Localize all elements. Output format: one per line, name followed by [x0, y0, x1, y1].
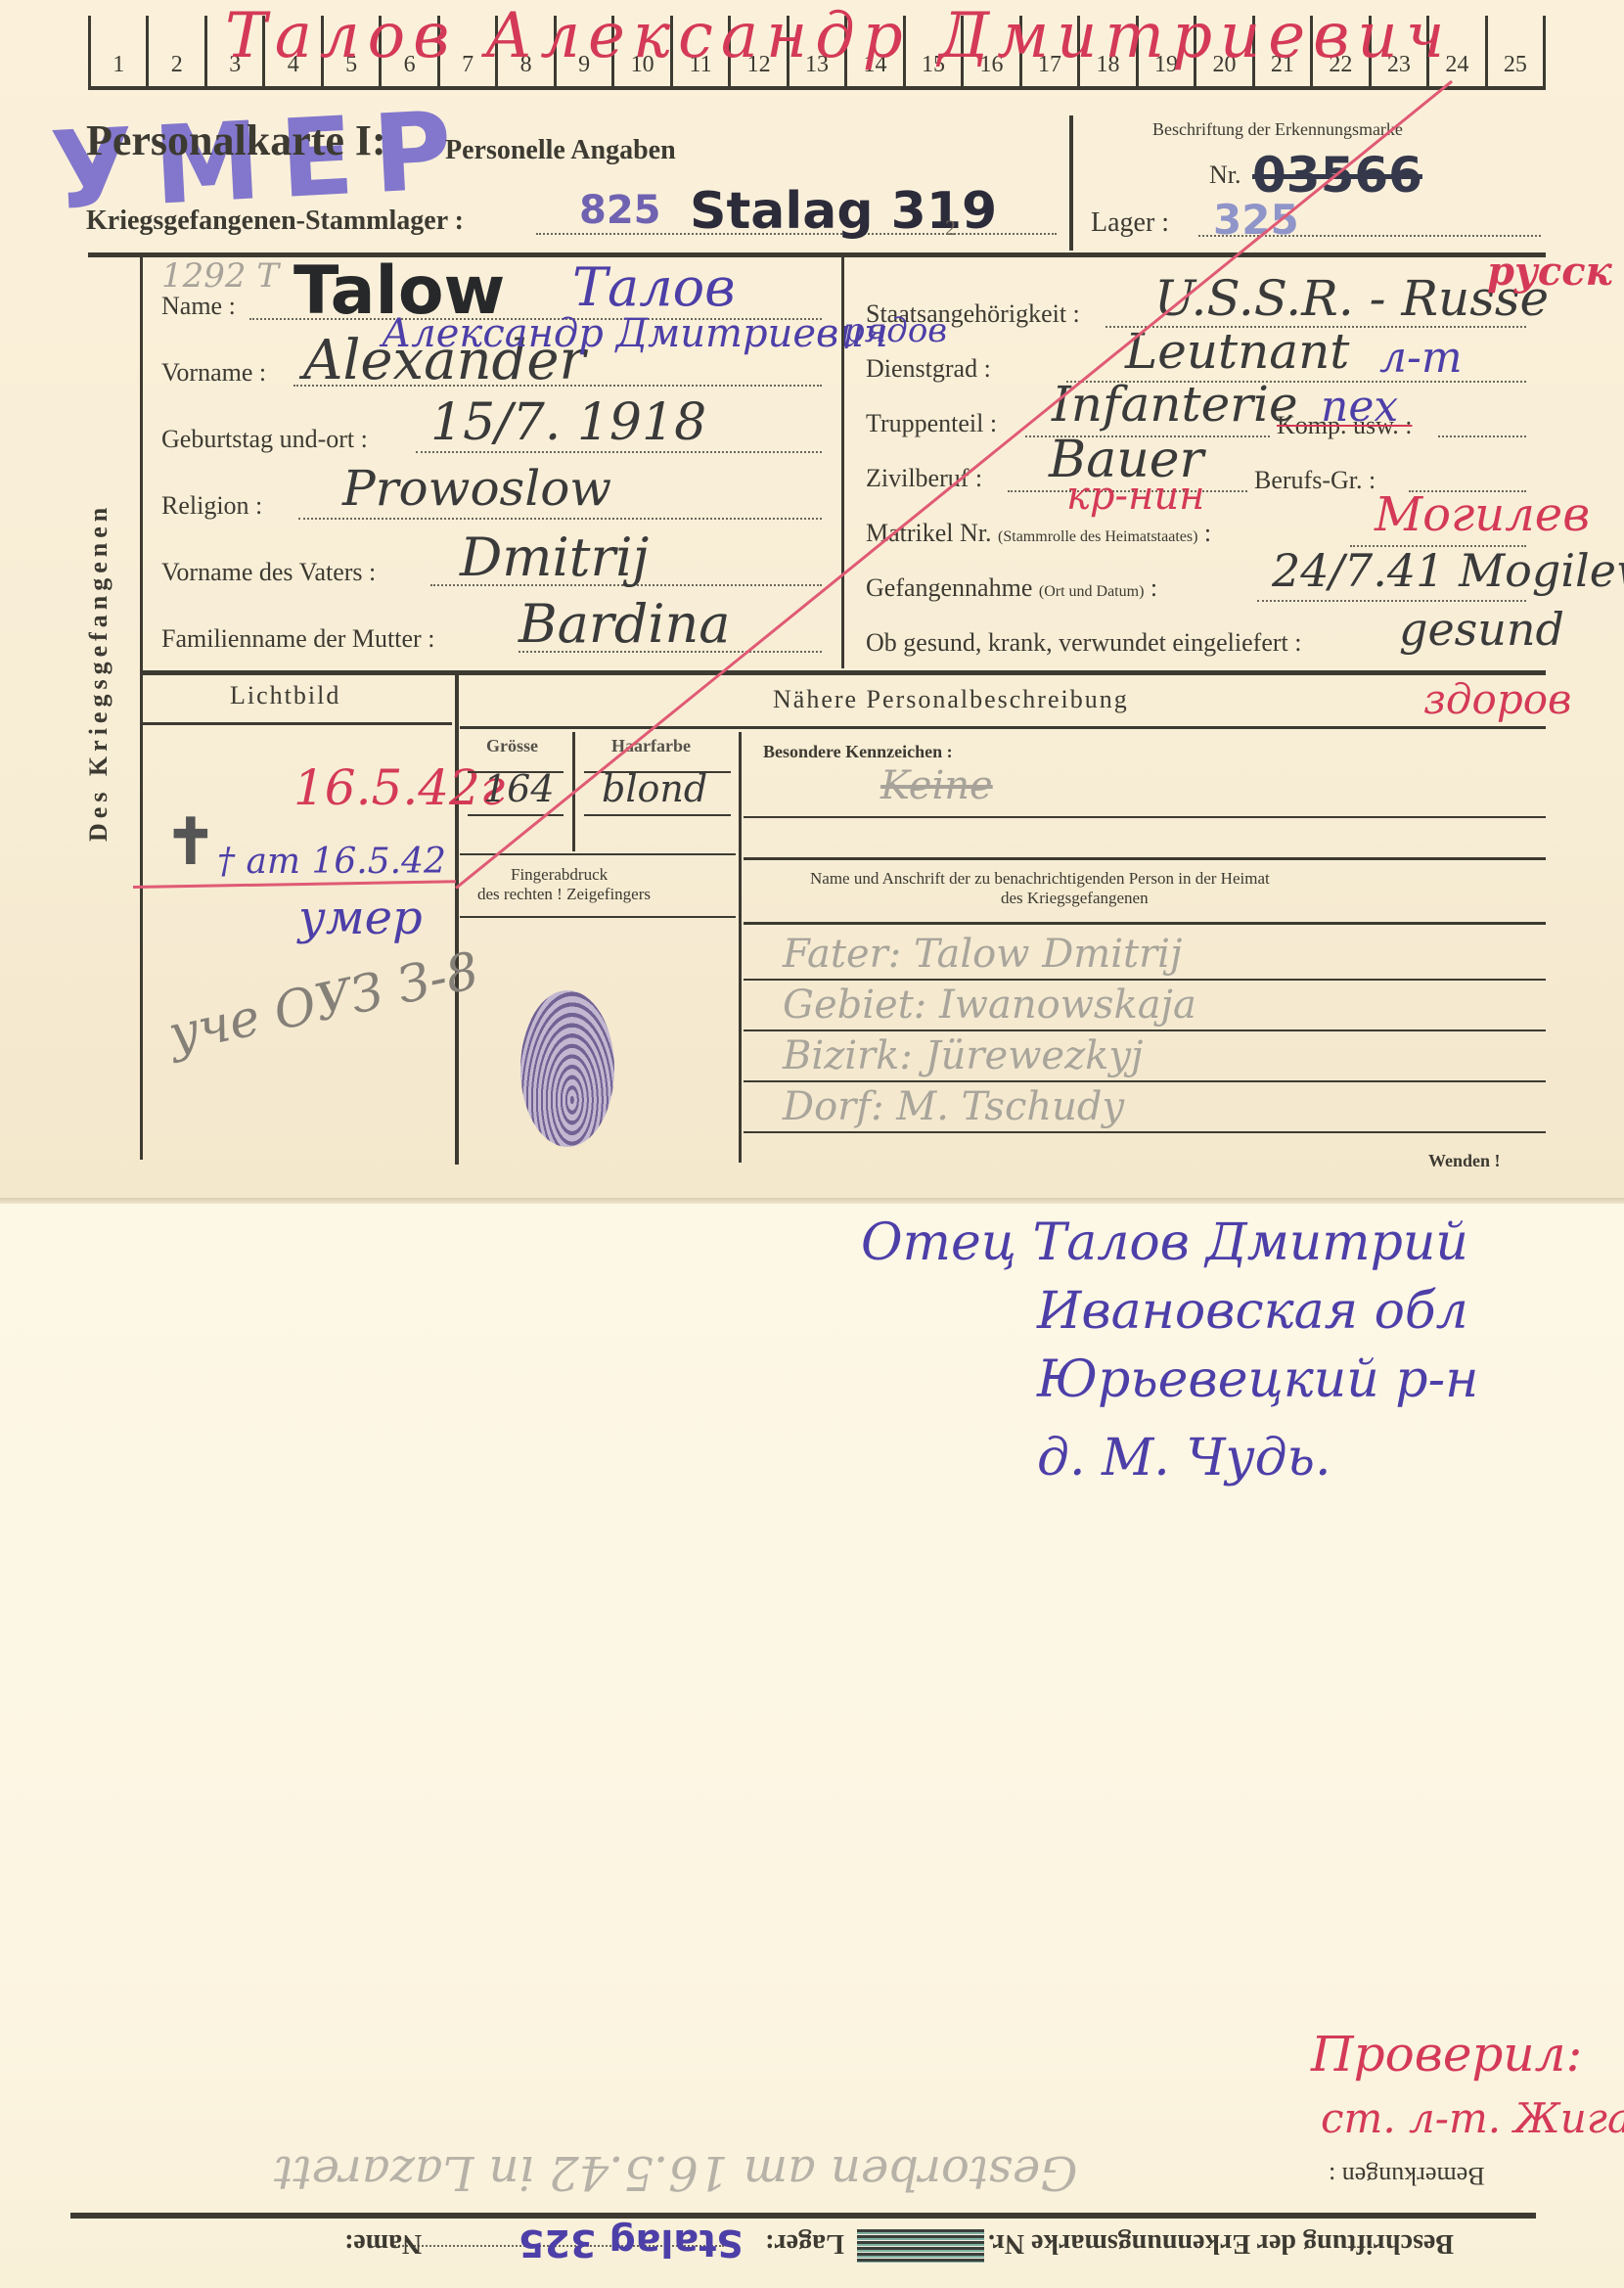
- haar-value: blond: [602, 767, 707, 810]
- cross-icon: ✝: [164, 806, 217, 879]
- wenden-label: Wenden !: [1428, 1151, 1501, 1171]
- stammlager-label: Kriegsgefangenen-Stammlager :: [86, 206, 464, 237]
- dienstgrad-value: Leutnant: [1125, 323, 1349, 380]
- contact-line: Bizirk: Jürewezkyj: [783, 1033, 1143, 1078]
- contact-label-2: des Kriegsgefangenen: [1001, 889, 1149, 908]
- matrikel-russian-right: Могилев: [1375, 487, 1590, 542]
- contact-line: Dorf: M. Tschudy: [783, 1084, 1124, 1129]
- geburt-value: 15/7. 1918: [430, 393, 706, 452]
- photo-label: Lichtbild: [230, 681, 340, 710]
- nr-label: Nr.: [1209, 160, 1241, 190]
- groesse-label: Grösse: [486, 736, 538, 756]
- besondere-label: Besondere Kennzeichen :: [763, 742, 953, 762]
- matrikel-label: Matrikel Nr. (Stammrolle des Heimatstaat…: [866, 519, 1211, 548]
- bemerkungen-value: Gestorben am 16.5.42 in Lazarett: [274, 2145, 1078, 2200]
- mutter-label: Familienname der Mutter :: [161, 624, 434, 654]
- footer-marke-label: Beschriftung der Erkennungsmarke Nr.: [988, 2227, 1454, 2259]
- fold-crease: [0, 1198, 1624, 1204]
- dienstgrad-russian: л-т: [1379, 333, 1463, 383]
- card-subtitle: Personelle Angaben: [445, 135, 676, 166]
- religion-label: Religion :: [161, 491, 262, 521]
- religion-value: Prowoslow: [342, 460, 611, 517]
- finger-label-1: Fingerabdruck: [511, 865, 608, 885]
- gefangen-label-text: Gefangennahme: [866, 573, 1032, 602]
- contact-line: Fater: Talow Dmitrij: [783, 932, 1182, 977]
- contact-line: Gebiet: Iwanowskaja: [783, 983, 1196, 1028]
- finger-label-2: des rechten ! Zeigefingers: [477, 885, 651, 904]
- footer-lager-label: Lager:: [765, 2227, 844, 2259]
- strip-cell: 25: [1485, 16, 1546, 86]
- bemerkungen-label: Bemerkungen :: [1329, 2161, 1485, 2190]
- death-date-red: 16.5.42г: [293, 759, 505, 816]
- name-prefix: 1292 T: [161, 256, 279, 296]
- vater-value: Dmitrij: [460, 526, 649, 588]
- matrikel-label-text: Matrikel Nr.: [866, 519, 992, 547]
- reverse-address-line: д. М. Чудь.: [1037, 1429, 1331, 1487]
- death-note-russian: умер: [298, 891, 423, 945]
- gefangen-label: Gefangennahme (Ort und Datum) :: [866, 573, 1157, 603]
- checked-by-name: ст. л-т. Жигач: [1321, 2094, 1624, 2142]
- checked-by-title: Проверил:: [1311, 2026, 1582, 2082]
- strip-handwritten-name: Талов Александр Дмитриевич: [225, 0, 1452, 72]
- zivil-label: Zivilberuf :: [866, 464, 982, 493]
- death-note: † am 16.5.42: [217, 842, 446, 882]
- footer-name-label: Name:: [344, 2227, 422, 2259]
- name-label: Name :: [161, 292, 236, 321]
- geburt-label: Geburtstag und-ort :: [161, 425, 368, 454]
- groesse-value: 164: [483, 767, 555, 810]
- side-label: Des Kriegsgefangenen: [84, 503, 113, 842]
- fingerprint-impression: [520, 990, 614, 1147]
- side-note-russian: рядов: [843, 311, 947, 350]
- besondere-value: Keine: [880, 763, 993, 808]
- strip-cell: 2: [146, 16, 203, 86]
- lager-label: Lager :: [1091, 207, 1169, 239]
- stammlager-stamp-number: 825: [579, 188, 661, 233]
- reverse-address-line: Юрьевецкий р-н: [1037, 1350, 1478, 1409]
- mutter-value: Bardina: [519, 593, 731, 655]
- komp-label: Komp. usw. :: [1277, 411, 1412, 440]
- name-russian: Талов: [572, 256, 736, 318]
- description-title: Nähere Personalbeschreibung: [773, 685, 1129, 714]
- gesund-russian: здоров: [1423, 675, 1571, 723]
- strip-cell: 1: [88, 16, 146, 86]
- gesund-value: gesund: [1399, 603, 1564, 656]
- dienstgrad-label: Dienstgrad :: [866, 354, 991, 384]
- erkennungsmarke-title: Beschriftung der Erkennungsmarke: [1152, 119, 1403, 140]
- staat-russian: русск: [1487, 249, 1612, 295]
- card-title: Personalkarte I:: [86, 115, 386, 165]
- gesund-label: Ob gesund, krank, verwundet eingeliefert…: [866, 628, 1301, 658]
- reverse-address-line: Отец Талов Дмитрий: [861, 1213, 1468, 1272]
- marke-hatching: [857, 2229, 984, 2263]
- footer-stalag-stamp: Stalag 325: [519, 2221, 744, 2265]
- truppen-label: Truppenteil :: [866, 409, 997, 438]
- matrikel-sublabel: (Stammrolle des Heimatstaates): [998, 528, 1197, 545]
- vorname-label: Vorname :: [161, 358, 266, 388]
- matrikel-russian-left: кр-нин: [1066, 474, 1204, 519]
- vater-label: Vorname des Vaters :: [161, 558, 376, 587]
- contact-label-1: Name und Anschrift der zu benachrichtige…: [810, 869, 1270, 889]
- truppen-value: Infanterie: [1052, 376, 1298, 433]
- berufs-label: Berufs-Gr. :: [1254, 466, 1376, 495]
- gefangen-sublabel: (Ort und Datum): [1039, 583, 1145, 600]
- reverse-address-line: Ивановская обл: [1037, 1282, 1468, 1341]
- stammlager-suffix: 2: [945, 215, 956, 241]
- gefangen-value: 24/7.41 Mogilew: [1272, 544, 1624, 597]
- vorname-russian: Александр Дмитриевич: [382, 311, 888, 356]
